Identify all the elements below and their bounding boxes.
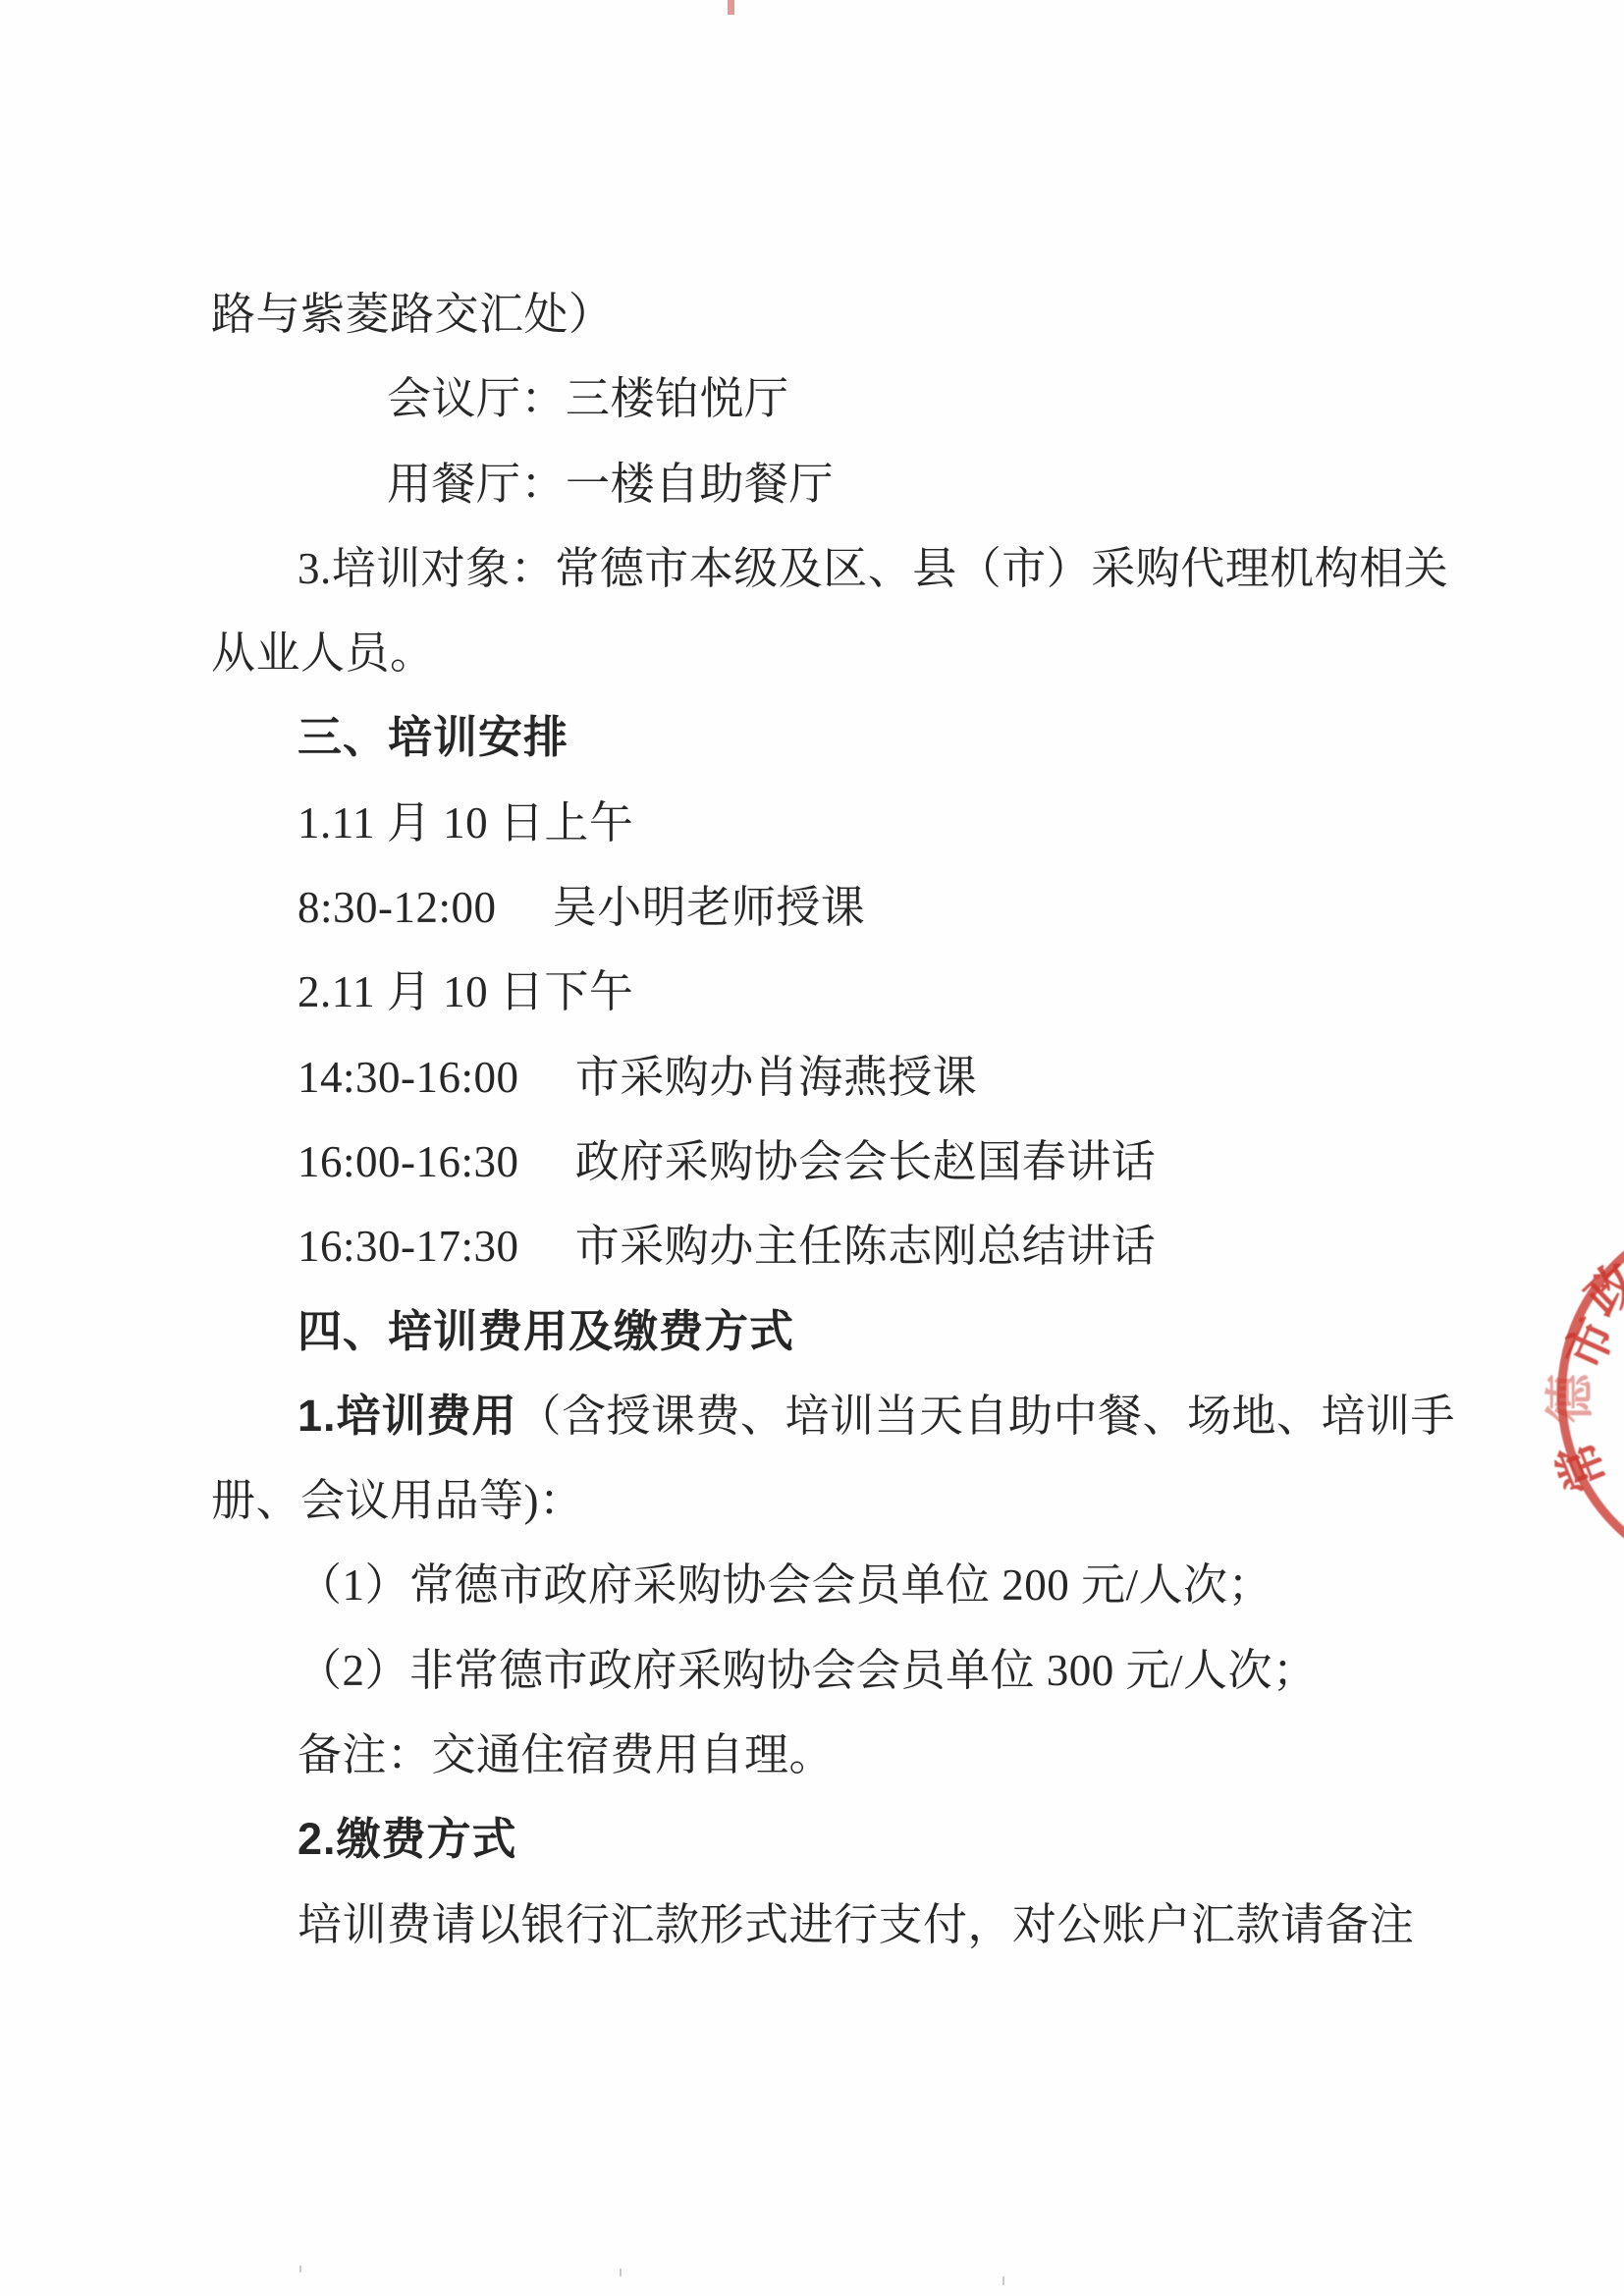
body-text: 册、会议用品等)：: [211, 1476, 584, 1525]
body-text: （2）非常德市政府采购协会会员单位 300 元/人次；: [298, 1646, 1318, 1695]
seal-ring-icon: [1557, 1206, 1624, 1583]
scan-artifact: [728, 0, 734, 15]
text-line-1: 路与紫菱路交汇处）: [211, 272, 1448, 356]
text-line-3: 用餐厅：一楼自助餐厅: [211, 442, 1448, 526]
text-line-2: 会议厅：三楼铂悦厅: [211, 356, 1448, 441]
body-text: 从业人员。: [211, 629, 435, 678]
text-line-14: 1.培训费用（含授课费、培训当天自助中餐、场地、培训手: [211, 1374, 1448, 1458]
text-line-15: 册、会议用品等)：: [211, 1458, 1448, 1543]
text-line-20: 培训费请以银行汇款形式进行支付，对公账户汇款请备注: [211, 1883, 1448, 1967]
body-text: 3.培训对象：常德市本级及区、县（市）采购代理机构相关: [298, 544, 1448, 593]
body-text: （含授课费、培训当天自助中餐、场地、培训手: [517, 1392, 1456, 1441]
body-text: 会议厅：三楼铂悦厅: [387, 374, 789, 423]
text-line-9: 2.11 月 10 日下午: [211, 950, 1448, 1034]
text-line-5: 从业人员。: [211, 611, 1448, 695]
body-text: 14:30-16:00 市采购办肖海燕授课: [298, 1053, 977, 1102]
text-line-11: 16:00-16:30 政府采购协会会长赵国春讲话: [211, 1120, 1448, 1204]
text-line-4: 3.培训对象：常德市本级及区、县（市）采购代理机构相关: [211, 526, 1448, 611]
heading-text: 三、培训安排: [298, 712, 568, 762]
text-line-10: 14:30-16:00 市采购办肖海燕授课: [211, 1035, 1448, 1120]
body-text: （1）常德市政府采购协会会员单位 200 元/人次；: [298, 1560, 1272, 1610]
text-line-17: （2）非常德市政府采购协会会员单位 300 元/人次；: [211, 1628, 1448, 1713]
scan-artifact: [299, 2266, 301, 2272]
body-text: 16:30-17:30 市采购办主任陈志刚总结讲话: [298, 1222, 1156, 1271]
scan-artifact: [1002, 2276, 1004, 2285]
body-text: 8:30-12:00 吴小明老师授课: [298, 883, 865, 932]
scan-artifact: [620, 2269, 622, 2276]
body-text: 1.11 月 10 日上午: [298, 798, 633, 847]
text-line-13: 四、培训费用及缴费方式: [211, 1289, 1448, 1374]
seal-character: 常: [1536, 1432, 1619, 1503]
body-text: 培训费请以银行汇款形式进行支付，对公账户汇款请备注: [298, 1900, 1415, 1949]
text-line-7: 1.11 月 10 日上午: [211, 781, 1448, 865]
body-text: 16:00-16:30 政府采购协会会长赵国春讲话: [298, 1137, 1156, 1186]
text-line-16: （1）常德市政府采购协会会员单位 200 元/人次；: [211, 1543, 1448, 1627]
text-line-8: 8:30-12:00 吴小明老师授课: [211, 865, 1448, 950]
body-text: 备注：交通住宿费用自理。: [298, 1730, 834, 1779]
body-text: 路与紫菱路交汇处）: [211, 290, 614, 339]
seal-character: 市: [1544, 1306, 1624, 1380]
heading-text: 2.缴费方式: [298, 1814, 517, 1864]
scanned-document-page: 路与紫菱路交汇处）会议厅：三楼铂悦厅用餐厅：一楼自助餐厅3.培训对象：常德市本级…: [0, 0, 1624, 2296]
body-text: 2.11 月 10 日下午: [298, 967, 633, 1016]
text-line-12: 16:30-17:30 市采购办主任陈志刚总结讲话: [211, 1204, 1448, 1288]
heading-text: 1.培训费用: [298, 1391, 517, 1441]
document-body: 路与紫菱路交汇处）会议厅：三楼铂悦厅用餐厅：一楼自助餐厅3.培训对象：常德市本级…: [211, 272, 1448, 1967]
text-line-19: 2.缴费方式: [211, 1797, 1448, 1882]
seal-character: 政: [1567, 1244, 1624, 1330]
body-text: 用餐厅：一楼自助餐厅: [387, 460, 834, 509]
text-line-6: 三、培训安排: [211, 695, 1448, 780]
heading-text: 四、培训费用及缴费方式: [298, 1306, 794, 1356]
seal-character: 德: [1531, 1374, 1601, 1423]
text-line-18: 备注：交通住宿费用自理。: [211, 1713, 1448, 1797]
